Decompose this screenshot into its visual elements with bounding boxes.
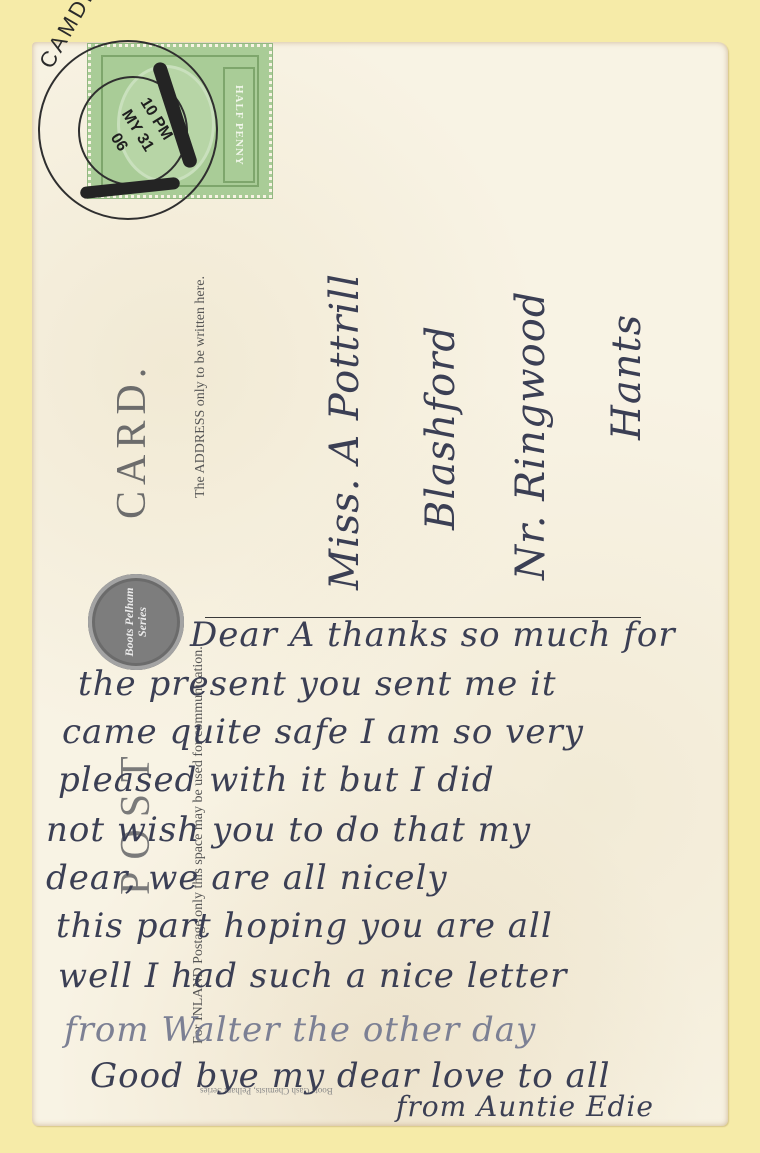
address-instruction: The ADDRESS only to be written here. [192,262,210,512]
publisher-logo: Boots Pelham Series [88,574,184,670]
message-signature: from Auntie Edie [396,1090,654,1123]
stamp-value-panel: HALF PENNY [223,67,255,183]
message-line: this part hoping you are all [56,906,553,946]
address-line: Blashford [418,200,464,530]
message-line: well I had such a nice letter [58,956,567,996]
message-line: not wish you to do that my [46,810,531,850]
message-line: the present you sent me it [78,664,557,704]
message-line: from Walter the other day [64,1010,536,1050]
address-line: Hants [604,200,650,440]
publisher-logo-text: Boots Pelham Series [123,574,149,670]
message-line: dear, we are all nicely [46,858,448,898]
address-line: Miss. A Pottrill [322,150,368,590]
printed-title-card: CARD. [108,360,156,520]
message-line: Dear A thanks so much for [190,615,676,655]
stamp-denomination: HALF PENNY [233,85,245,166]
message-line: came quite safe I am so very [62,712,584,752]
address-line: Nr. Ringwood [508,150,554,580]
message-line: pleased with it but I did [58,760,495,800]
